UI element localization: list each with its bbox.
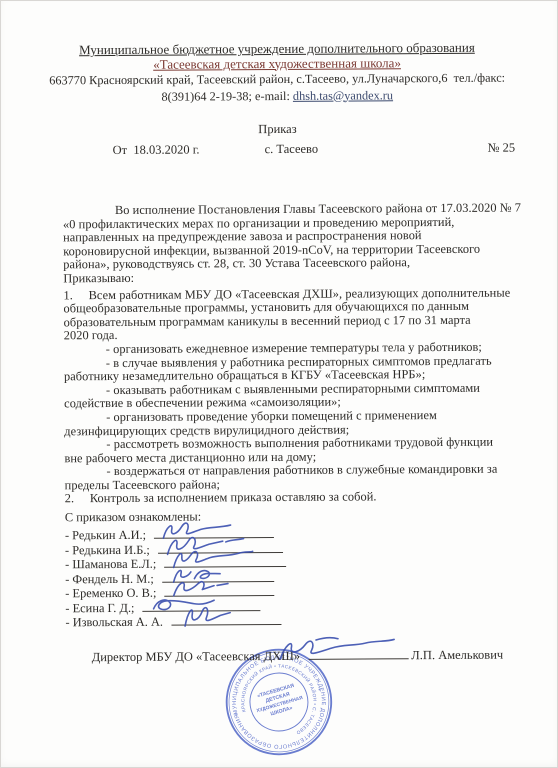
stamp-star-right: * — [318, 687, 323, 695]
acknowledgment-name: - Извольская А. А. — [65, 615, 163, 630]
order-body: Во исполнение Постановления Главы Тасеев… — [63, 202, 493, 507]
signature-line — [171, 613, 281, 626]
director-handwritten-signature — [275, 630, 403, 669]
order-date: От 18.03.2020 г. — [113, 142, 200, 158]
scanned-order-document: Муниципальное бюджетное учреждение допол… — [0, 0, 558, 768]
director-label: Директор МБУ ДО «Тасеевская ДХШ» — [92, 649, 300, 664]
org-header: Муниципальное бюджетное учреждение допол… — [12, 40, 542, 104]
org-phone: 8(391)64 2-19-38; e-mail: — [161, 88, 293, 103]
director-name: Л.П. Амелькович — [411, 648, 503, 663]
acknowledgment-block: С приказом ознакомлены: - Редькин А.И.; … — [65, 509, 287, 629]
handwritten-signature — [176, 600, 236, 632]
acknowledgment-name: - Еременко О. В.; — [65, 586, 156, 601]
stamp-center-line: ХУДОЖЕСТВЕННАЯ — [256, 695, 304, 714]
stamp-center-line: ДЕТСКАЯ — [265, 691, 291, 704]
org-contacts: 8(391)64 2-19-38; e-mail: dhsh.tas@yande… — [12, 87, 542, 105]
org-address: 663770 Красноярский край, Тасеевский рай… — [12, 70, 542, 88]
director-signature-line — [308, 647, 408, 660]
body-subitem: - воздержаться от направления работников… — [64, 463, 492, 479]
acknowledgment-name: - Есина Г. Д.; — [65, 600, 134, 614]
acknowledgment-name: - Шаманова Е.Л.; — [65, 557, 156, 572]
stamp-center-line: ШКОЛА» — [270, 705, 294, 717]
acknowledgment-name: - Фендель Н. М.; — [65, 571, 154, 586]
order-number: № 25 — [488, 141, 516, 156]
body-line: Приказываю: — [63, 270, 491, 286]
acknowledgment-name: - Редькин А.И.; — [65, 528, 146, 542]
stamp-center-line: «ТАСЕЕВСКАЯ — [257, 683, 296, 700]
org-email: dhsh.tas@yandex.ru — [293, 88, 393, 103]
acknowledgment-name: - Редькина И.Б.; — [65, 542, 150, 557]
body-line-item2: 2. Контроль за исполнением приказа остав… — [65, 490, 493, 506]
director-signature-row: Директор МБУ ДО «Тасеевская ДХШ» Л.П. Ам… — [92, 646, 542, 665]
acknowledgment-row: - Извольская А. А. — [65, 613, 286, 629]
order-meta-row: От 18.03.2020 г. с. Тасеево № 25 — [0, 140, 557, 159]
order-place: с. Тасеево — [265, 142, 319, 157]
order-title: Приказ — [12, 120, 542, 138]
stamp-star-left: * — [234, 712, 239, 720]
document-content: Муниципальное бюджетное учреждение допол… — [0, 0, 558, 768]
